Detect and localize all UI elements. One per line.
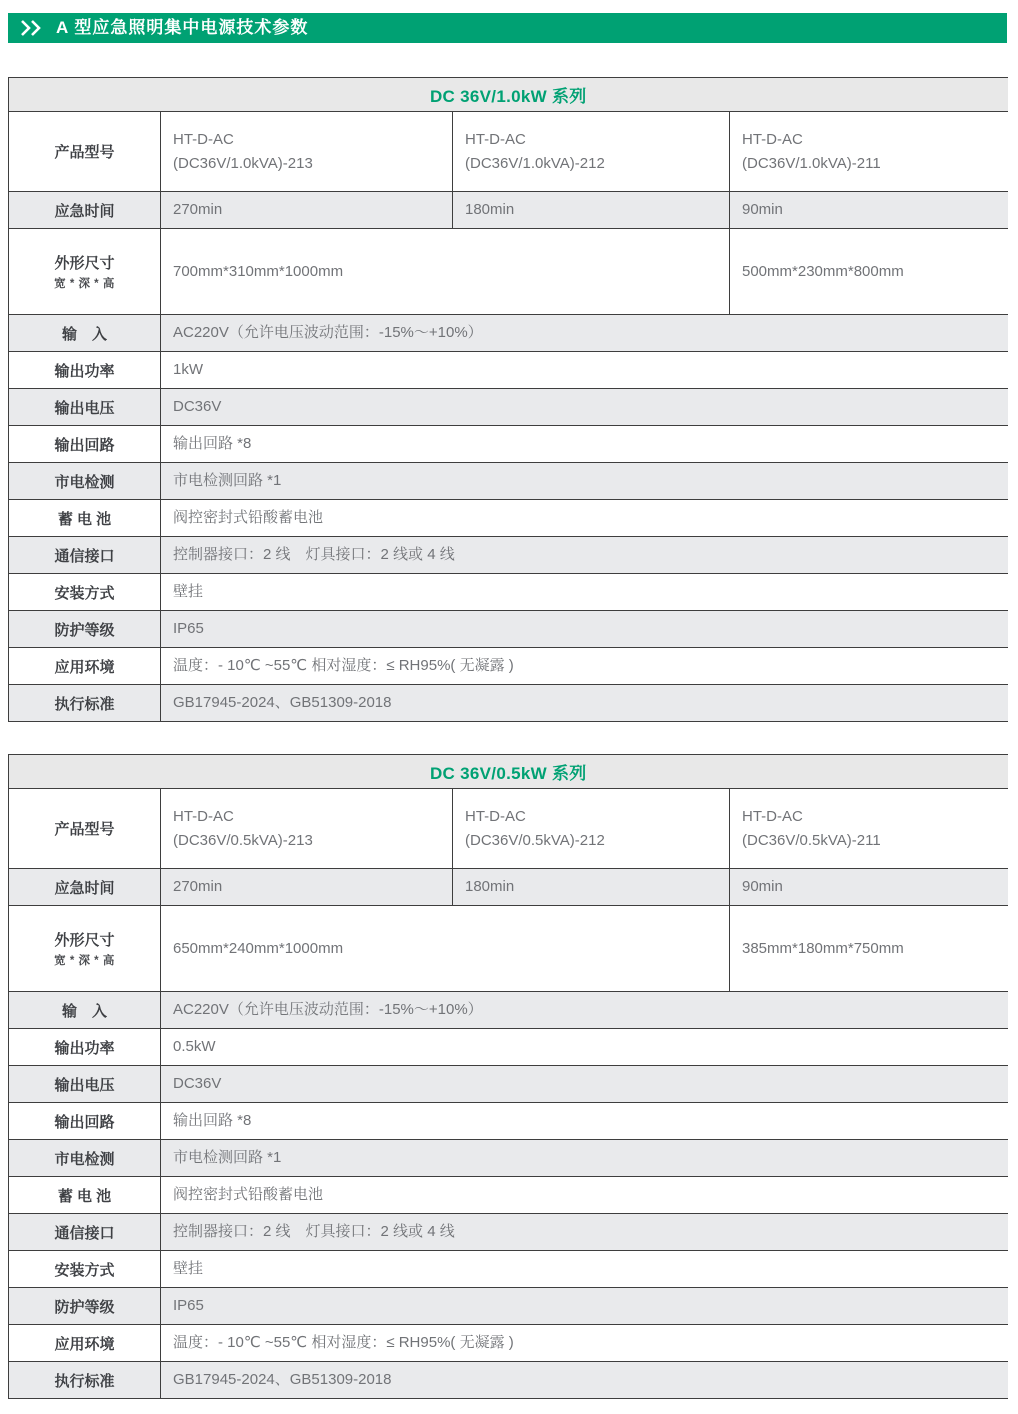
row-label-cell: 应用环境	[9, 1325, 161, 1362]
row-value: 输出回路 *8	[161, 426, 1008, 463]
table-row: 输出功率0.5kW	[9, 1029, 1008, 1066]
row-label: 产品型号	[13, 818, 156, 839]
row-label-cell: 应用环境	[9, 648, 161, 685]
row-label: 应用环境	[13, 656, 156, 677]
row-value: HT-D-AC (DC36V/0.5kVA)-212	[453, 789, 730, 869]
table-row: 安装方式壁挂	[9, 574, 1008, 611]
table-row: 输出电压DC36V	[9, 389, 1008, 426]
row-value: 壁挂	[161, 574, 1008, 611]
table-row: 应用环境温度：- 10℃ ~55℃ 相对湿度：≤ RH95%( 无凝露 )	[9, 648, 1008, 685]
row-sublabel: 宽 * 深 * 高	[13, 275, 156, 291]
row-value: 控制器接口：2 线 灯具接口：2 线或 4 线	[161, 1214, 1008, 1251]
row-value: 270min	[161, 869, 453, 906]
table-row: 外形尺寸宽 * 深 * 高700mm*310mm*1000mm500mm*230…	[9, 229, 1008, 315]
table-row: 安装方式壁挂	[9, 1251, 1008, 1288]
row-value: 温度：- 10℃ ~55℃ 相对湿度：≤ RH95%( 无凝露 )	[161, 648, 1008, 685]
row-value: AC220V（允许电压波动范围：-15%～+10%）	[161, 315, 1008, 352]
page-title-banner: A 型应急照明集中电源技术参数	[8, 13, 1007, 43]
row-value: IP65	[161, 611, 1008, 648]
row-label-cell: 产品型号	[9, 112, 161, 192]
row-label-cell: 外形尺寸宽 * 深 * 高	[9, 906, 161, 992]
spec-table-2-body: 产品型号HT-D-AC (DC36V/0.5kVA)-213HT-D-AC (D…	[9, 789, 1008, 1399]
table-row: 输出回路输出回路 *8	[9, 426, 1008, 463]
spec-table-1-body: 产品型号HT-D-AC (DC36V/1.0kVA)-213HT-D-AC (D…	[9, 112, 1008, 722]
row-label-cell: 输出功率	[9, 352, 161, 389]
row-value: 市电检测回路 *1	[161, 1140, 1008, 1177]
table-row: 输出回路输出回路 *8	[9, 1103, 1008, 1140]
row-label-cell: 输 入	[9, 992, 161, 1029]
row-label-cell: 市电检测	[9, 463, 161, 500]
row-label: 应用环境	[13, 1333, 156, 1354]
table-row: 防护等级IP65	[9, 1288, 1008, 1325]
row-label-cell: 安装方式	[9, 574, 161, 611]
row-label: 输出功率	[13, 1037, 156, 1058]
row-label: 执行标准	[13, 693, 156, 714]
page: A 型应急照明集中电源技术参数 DC 36V/1.0kW 系列 产品型号HT-D…	[0, 13, 1018, 1414]
row-value: 温度：- 10℃ ~55℃ 相对湿度：≤ RH95%( 无凝露 )	[161, 1325, 1008, 1362]
row-sublabel: 宽 * 深 * 高	[13, 952, 156, 968]
page-title: A 型应急照明集中电源技术参数	[56, 19, 308, 37]
table-row: 通信接口控制器接口：2 线 灯具接口：2 线或 4 线	[9, 537, 1008, 574]
row-label-cell: 输出功率	[9, 1029, 161, 1066]
table-row: 产品型号HT-D-AC (DC36V/1.0kVA)-213HT-D-AC (D…	[9, 112, 1008, 192]
table-row: 蓄 电 池阀控密封式铅酸蓄电池	[9, 1177, 1008, 1214]
row-label: 应急时间	[13, 200, 156, 221]
row-label-cell: 执行标准	[9, 1362, 161, 1399]
row-label: 防护等级	[13, 1296, 156, 1317]
series-header-row: DC 36V/1.0kW 系列	[9, 78, 1008, 112]
spec-table-1: DC 36V/1.0kW 系列 产品型号HT-D-AC (DC36V/1.0kV…	[8, 77, 1008, 722]
row-label-cell: 防护等级	[9, 611, 161, 648]
row-value: 壁挂	[161, 1251, 1008, 1288]
row-label-cell: 输出回路	[9, 426, 161, 463]
row-label: 安装方式	[13, 582, 156, 603]
table-row: 产品型号HT-D-AC (DC36V/0.5kVA)-213HT-D-AC (D…	[9, 789, 1008, 869]
row-label: 市电检测	[13, 1148, 156, 1169]
row-label-cell: 防护等级	[9, 1288, 161, 1325]
row-value: GB17945-2024、GB51309-2018	[161, 685, 1008, 722]
row-value: 控制器接口：2 线 灯具接口：2 线或 4 线	[161, 537, 1008, 574]
row-label-cell: 输出回路	[9, 1103, 161, 1140]
row-label: 通信接口	[13, 545, 156, 566]
row-label: 通信接口	[13, 1222, 156, 1243]
table-row: 执行标准GB17945-2024、GB51309-2018	[9, 1362, 1008, 1399]
table-row: 应用环境温度：- 10℃ ~55℃ 相对湿度：≤ RH95%( 无凝露 )	[9, 1325, 1008, 1362]
row-label-cell: 输 入	[9, 315, 161, 352]
table-row: 蓄 电 池阀控密封式铅酸蓄电池	[9, 500, 1008, 537]
row-label-cell: 执行标准	[9, 685, 161, 722]
row-label: 产品型号	[13, 141, 156, 162]
row-label: 蓄 电 池	[13, 1185, 156, 1206]
row-value: HT-D-AC (DC36V/0.5kVA)-211	[730, 789, 1008, 869]
row-value: DC36V	[161, 389, 1008, 426]
row-label-cell: 蓄 电 池	[9, 500, 161, 537]
row-value: 90min	[730, 192, 1008, 229]
row-label: 输出回路	[13, 1111, 156, 1132]
row-label: 应急时间	[13, 877, 156, 898]
series-header-row: DC 36V/0.5kW 系列	[9, 755, 1008, 789]
row-value: 180min	[453, 869, 730, 906]
row-label-cell: 产品型号	[9, 789, 161, 869]
table-row: 通信接口控制器接口：2 线 灯具接口：2 线或 4 线	[9, 1214, 1008, 1251]
row-value: AC220V（允许电压波动范围：-15%～+10%）	[161, 992, 1008, 1029]
row-label: 外形尺寸	[13, 252, 156, 273]
spec-table-2: DC 36V/0.5kW 系列 产品型号HT-D-AC (DC36V/0.5kV…	[8, 754, 1008, 1399]
row-label: 输出功率	[13, 360, 156, 381]
row-label: 执行标准	[13, 1370, 156, 1391]
table-row: 防护等级IP65	[9, 611, 1008, 648]
row-value: 270min	[161, 192, 453, 229]
row-value: 700mm*310mm*1000mm	[161, 229, 730, 315]
row-label: 蓄 电 池	[13, 508, 156, 529]
row-label: 输出电压	[13, 1074, 156, 1095]
row-value: HT-D-AC (DC36V/1.0kVA)-212	[453, 112, 730, 192]
row-label: 市电检测	[13, 471, 156, 492]
row-label: 输 入	[13, 1000, 156, 1021]
row-value: 385mm*180mm*750mm	[730, 906, 1008, 992]
row-value: HT-D-AC (DC36V/1.0kVA)-211	[730, 112, 1008, 192]
table-row: 市电检测市电检测回路 *1	[9, 463, 1008, 500]
table-row: 应急时间270min180min90min	[9, 869, 1008, 906]
row-value: 阀控密封式铅酸蓄电池	[161, 500, 1008, 537]
series-title: DC 36V/1.0kW 系列	[9, 78, 1008, 112]
table-row: 输 入AC220V（允许电压波动范围：-15%～+10%）	[9, 992, 1008, 1029]
row-label-cell: 输出电压	[9, 389, 161, 426]
row-label-cell: 输出电压	[9, 1066, 161, 1103]
table-row: 执行标准GB17945-2024、GB51309-2018	[9, 685, 1008, 722]
row-label-cell: 通信接口	[9, 1214, 161, 1251]
row-value: HT-D-AC (DC36V/1.0kVA)-213	[161, 112, 453, 192]
table-row: 输出功率1kW	[9, 352, 1008, 389]
row-value: 180min	[453, 192, 730, 229]
row-label: 防护等级	[13, 619, 156, 640]
row-label: 安装方式	[13, 1259, 156, 1280]
row-value: 输出回路 *8	[161, 1103, 1008, 1140]
double-chevron-icon	[20, 20, 44, 36]
row-label-cell: 蓄 电 池	[9, 1177, 161, 1214]
row-label-cell: 应急时间	[9, 192, 161, 229]
row-label-cell: 安装方式	[9, 1251, 161, 1288]
row-label: 输出回路	[13, 434, 156, 455]
row-label: 输 入	[13, 323, 156, 344]
row-value: 0.5kW	[161, 1029, 1008, 1066]
row-value: HT-D-AC (DC36V/0.5kVA)-213	[161, 789, 453, 869]
row-value: DC36V	[161, 1066, 1008, 1103]
row-value: 阀控密封式铅酸蓄电池	[161, 1177, 1008, 1214]
row-value: 500mm*230mm*800mm	[730, 229, 1008, 315]
table-row: 输 入AC220V（允许电压波动范围：-15%～+10%）	[9, 315, 1008, 352]
series-title: DC 36V/0.5kW 系列	[9, 755, 1008, 789]
row-value: IP65	[161, 1288, 1008, 1325]
row-value: 650mm*240mm*1000mm	[161, 906, 730, 992]
row-label: 外形尺寸	[13, 929, 156, 950]
table-row: 市电检测市电检测回路 *1	[9, 1140, 1008, 1177]
row-value: 1kW	[161, 352, 1008, 389]
row-label-cell: 市电检测	[9, 1140, 161, 1177]
row-value: GB17945-2024、GB51309-2018	[161, 1362, 1008, 1399]
table-row: 应急时间270min180min90min	[9, 192, 1008, 229]
row-label-cell: 应急时间	[9, 869, 161, 906]
row-label: 输出电压	[13, 397, 156, 418]
row-label-cell: 通信接口	[9, 537, 161, 574]
table-row: 输出电压DC36V	[9, 1066, 1008, 1103]
table-row: 外形尺寸宽 * 深 * 高650mm*240mm*1000mm385mm*180…	[9, 906, 1008, 992]
row-label-cell: 外形尺寸宽 * 深 * 高	[9, 229, 161, 315]
row-value: 市电检测回路 *1	[161, 463, 1008, 500]
row-value: 90min	[730, 869, 1008, 906]
